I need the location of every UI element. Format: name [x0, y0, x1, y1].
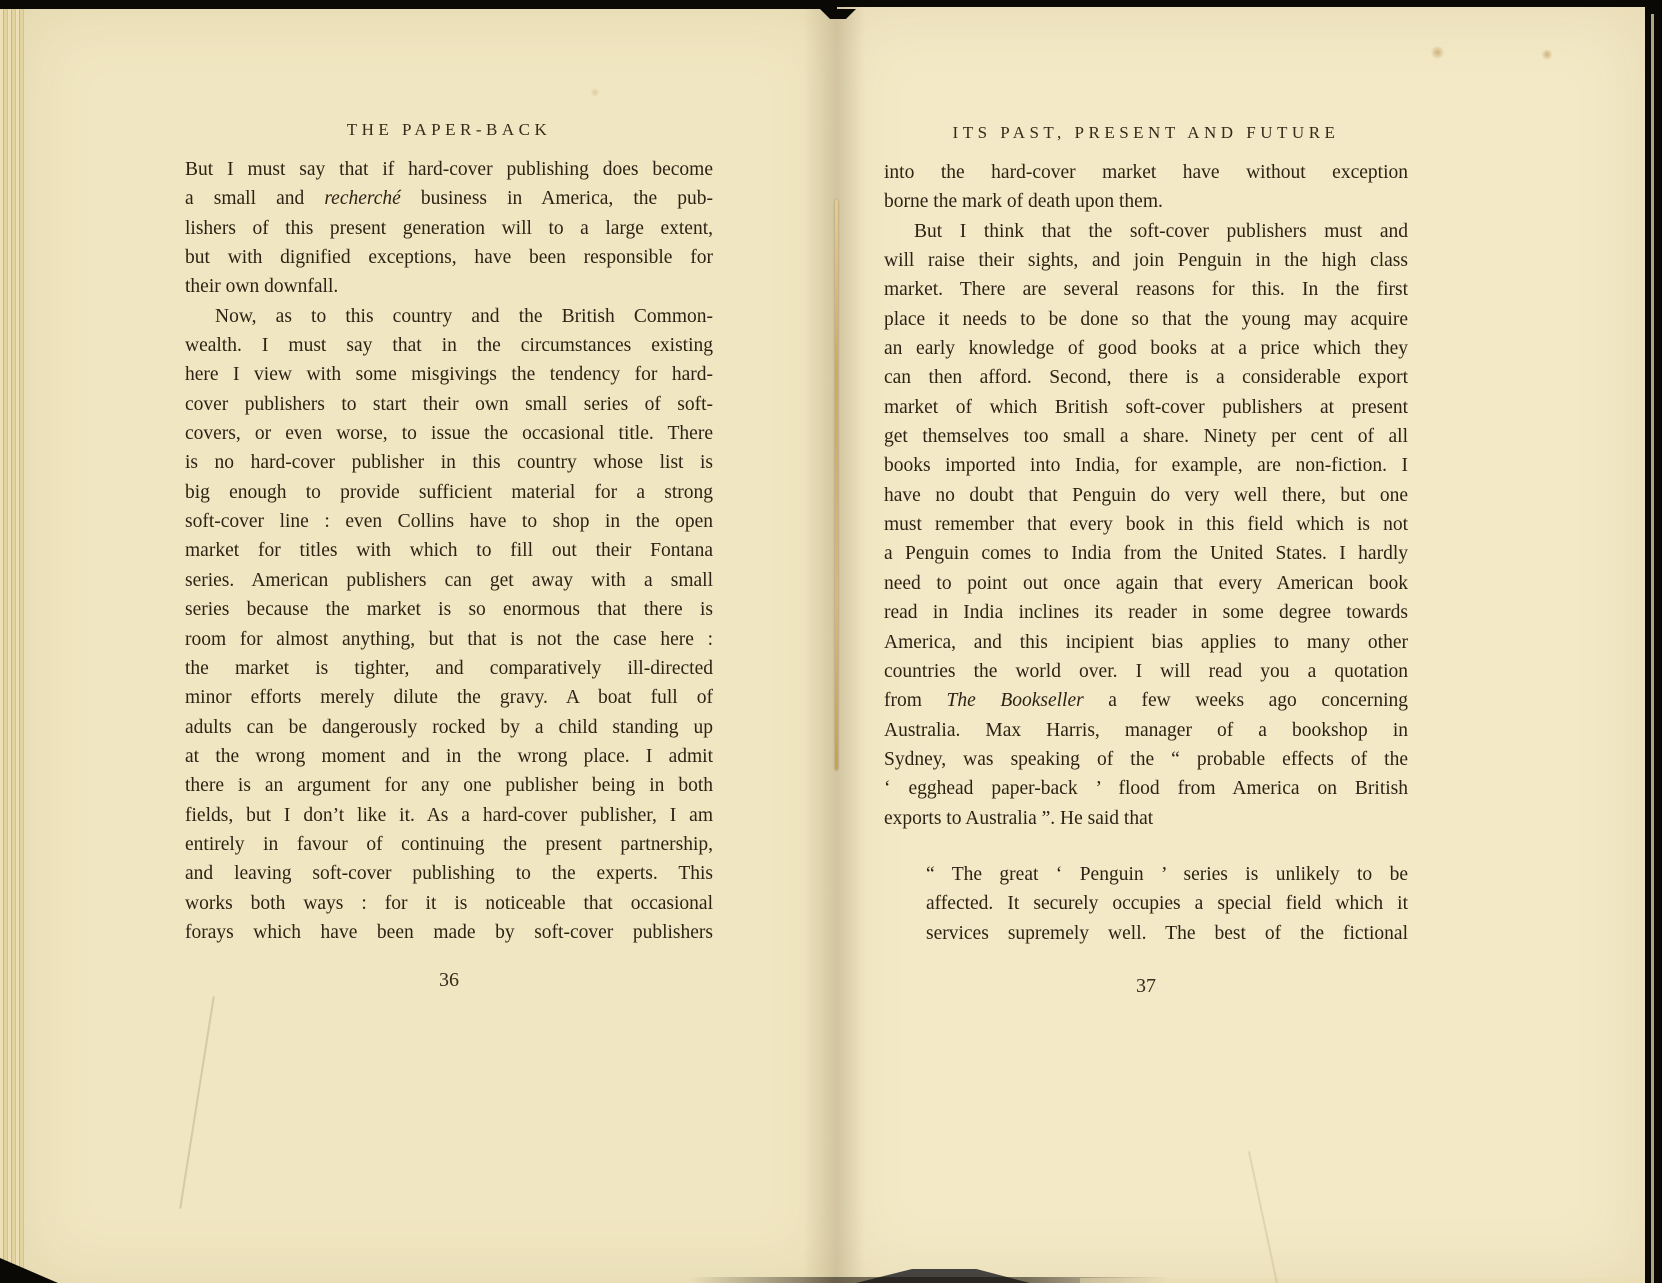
page-right-edge — [1651, 14, 1654, 1283]
text-line: ‘ egghead paper-back ’ flood from Americ… — [884, 774, 1408, 803]
paragraph: Now, as to this country and the British … — [185, 302, 713, 948]
text-line: fields, but I don’t like it. As a hard-c… — [185, 801, 713, 830]
paragraph: But I think that the soft-cover publishe… — [884, 217, 1408, 833]
left-page-text: But I must say that if hard-cover publis… — [185, 155, 713, 947]
text-line: Now, as to this country and the British … — [185, 302, 713, 331]
text-line: minor efforts merely dilute the gravy. A… — [185, 683, 713, 712]
text-line: market for titles with which to fill out… — [185, 536, 713, 565]
text-line: wealth. I must say that in the circumsta… — [185, 331, 713, 360]
text-line: “ The great ‘ Penguin ’ series is unlike… — [926, 860, 1408, 889]
text-line: countries the world over. I will read yo… — [884, 657, 1408, 686]
text-line: but with dignified exceptions, have been… — [185, 243, 713, 272]
text-line: Sydney, was speaking of the “ probable e… — [884, 745, 1408, 774]
text-line: and leaving soft-cover publishing to the… — [185, 859, 713, 888]
text-line: there is an argument for any one publish… — [185, 771, 713, 800]
text-line: can then afford. Second, there is a cons… — [884, 363, 1408, 392]
text-line: have no doubt that Penguin do very well … — [884, 481, 1408, 510]
text-line: will raise their sights, and join Pengui… — [884, 246, 1408, 275]
paragraph: But I must say that if hard-cover publis… — [185, 155, 713, 302]
page-bottom-edge — [1080, 1278, 1645, 1283]
text-line: affected. It securely occupies a special… — [926, 889, 1408, 918]
foxing-spot — [1541, 49, 1553, 60]
page-number-right: 37 — [884, 975, 1408, 998]
text-line: America, and this incipient bias applies… — [884, 628, 1408, 657]
text-line: borne the mark of death upon them. — [884, 187, 1408, 216]
running-head-left: THE PAPER-BACK — [185, 120, 713, 140]
text-line: a Penguin comes to India from the United… — [884, 539, 1408, 568]
text-line: soft-cover line : even Collins have to s… — [185, 507, 713, 536]
text-line: Australia. Max Harris, manager of a book… — [884, 716, 1408, 745]
paragraph: into the hard-cover market have without … — [884, 158, 1408, 217]
text-line: entirely in favour of continuing the pre… — [185, 830, 713, 859]
page-edge-stack — [0, 9, 24, 1283]
text-line: series because the market is so enormous… — [185, 595, 713, 624]
book-scan: THE PAPER-BACK ITS PAST, PRESENT AND FUT… — [0, 0, 1662, 1283]
text-line: market of which British soft-cover publi… — [884, 393, 1408, 422]
text-line: a small and recherché business in Americ… — [185, 184, 713, 213]
text-line: covers, or even worse, to issue the occa… — [185, 419, 713, 448]
text-line: cover publishers to start their own smal… — [185, 390, 713, 419]
right-page-text: into the hard-cover market have without … — [884, 158, 1408, 948]
text-line: adults can be dangerously rocked by a ch… — [185, 713, 713, 742]
text-line: big enough to provide sufficient materia… — [185, 478, 713, 507]
text-line: market. There are several reasons for th… — [884, 275, 1408, 304]
text-line: services supremely well. The best of the… — [926, 919, 1408, 948]
text-line: must remember that every book in this fi… — [884, 510, 1408, 539]
block-quote: “ The great ‘ Penguin ’ series is unlike… — [926, 860, 1408, 948]
text-line: place it needs to be done so that the yo… — [884, 305, 1408, 334]
foxing-spot — [1430, 46, 1445, 59]
text-line: the market is tighter, and comparatively… — [185, 654, 713, 683]
text-line: lishers of this present generation will … — [185, 214, 713, 243]
text-line: books imported into India, for example, … — [884, 451, 1408, 480]
text-line: from The Bookseller a few weeks ago conc… — [884, 686, 1408, 715]
text-line: forays which have been made by soft-cove… — [185, 918, 713, 947]
text-line: here I view with some misgivings the ten… — [185, 360, 713, 389]
foxing-spot — [590, 88, 600, 97]
text-line: get themselves too small a share. Ninety… — [884, 422, 1408, 451]
text-line: is no hard-cover publisher in this count… — [185, 448, 713, 477]
text-line: exports to Australia ”. He said that — [884, 804, 1408, 833]
text-line: But I must say that if hard-cover publis… — [185, 155, 713, 184]
text-line: works both ways : for it is noticeable t… — [185, 889, 713, 918]
text-line: series. American publishers can get away… — [185, 566, 713, 595]
running-head-right: ITS PAST, PRESENT AND FUTURE — [884, 123, 1408, 143]
text-line: an early knowledge of good books at a pr… — [884, 334, 1408, 363]
text-line: into the hard-cover market have without … — [884, 158, 1408, 187]
binding-thread — [835, 200, 838, 770]
text-line: But I think that the soft-cover publishe… — [884, 217, 1408, 246]
text-line: need to point out once again that every … — [884, 569, 1408, 598]
text-line: their own downfall. — [185, 272, 713, 301]
text-line: read in India inclines its reader in som… — [884, 598, 1408, 627]
text-line: room for almost anything, but that is no… — [185, 625, 713, 654]
page-number-left: 36 — [185, 969, 713, 992]
text-line: at the wrong moment and in the wrong pla… — [185, 742, 713, 771]
